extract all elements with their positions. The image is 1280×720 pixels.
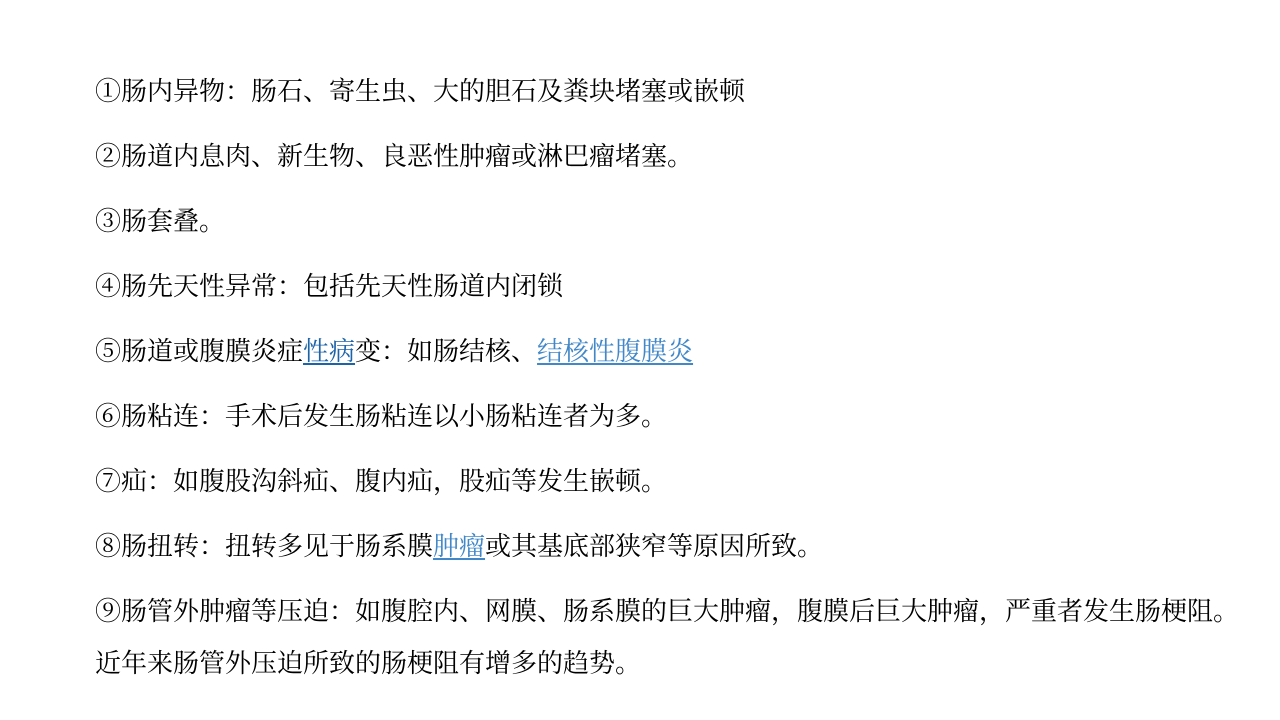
paragraph: ④肠先天性异常：包括先天性肠道内闭锁: [95, 261, 1255, 313]
document-page: ①肠内异物：肠石、寄生虫、大的胆石及粪块堵塞或嵌顿②肠道内息肉、新生物、良恶性肿…: [0, 0, 1280, 720]
text-line: ②肠道内息肉、新生物、良恶性肿瘤或淋巴瘤堵塞。: [95, 131, 1255, 183]
text-line: ⑧肠扭转：扭转多见于肠系膜肿瘤或其基底部狭窄等原因所致。: [95, 521, 1255, 573]
text-line: ⑤肠道或腹膜炎症性病变：如肠结核、结核性腹膜炎: [95, 326, 1255, 378]
text-line: ③肠套叠。: [95, 196, 1255, 248]
text-line: ①肠内异物：肠石、寄生虫、大的胆石及粪块堵塞或嵌顿: [95, 66, 1255, 118]
link-jiehexing-fumoyan[interactable]: 结核性腹膜炎: [537, 337, 693, 366]
text-run: 变：如肠结核、: [355, 337, 537, 366]
text-line: ⑨肠管外肿瘤等压迫：如腹腔内、网膜、肠系膜的巨大肿瘤，腹膜后巨大肿瘤，严重者发生…: [95, 586, 1255, 638]
text-run: 近年来肠管外压迫所致的肠梗阻有增多的趋势。: [95, 649, 641, 678]
text-run: ③肠套叠。: [95, 207, 225, 236]
text-line: ⑦疝：如腹股沟斜疝、腹内疝，股疝等发生嵌顿。: [95, 456, 1255, 508]
link-xingbing[interactable]: 性病: [303, 337, 355, 366]
text-run: ②肠道内息肉、新生物、良恶性肿瘤或淋巴瘤堵塞。: [95, 142, 693, 171]
text-run: ④肠先天性异常：包括先天性肠道内闭锁: [95, 272, 563, 301]
text-line: ④肠先天性异常：包括先天性肠道内闭锁: [95, 261, 1255, 313]
article-content: ①肠内异物：肠石、寄生虫、大的胆石及粪块堵塞或嵌顿②肠道内息肉、新生物、良恶性肿…: [0, 0, 1280, 690]
paragraph: ⑨肠管外肿瘤等压迫：如腹腔内、网膜、肠系膜的巨大肿瘤，腹膜后巨大肿瘤，严重者发生…: [95, 586, 1255, 690]
text-run: ⑧肠扭转：扭转多见于肠系膜: [95, 532, 433, 561]
text-run: ⑨肠管外肿瘤等压迫：如腹腔内、网膜、肠系膜的巨大肿瘤，腹膜后巨大肿瘤，严重者发生…: [95, 597, 1239, 626]
text-line: 近年来肠管外压迫所致的肠梗阻有增多的趋势。: [95, 638, 1255, 690]
text-run: 或其基底部狭窄等原因所致。: [485, 532, 823, 561]
paragraph: ⑧肠扭转：扭转多见于肠系膜肿瘤或其基底部狭窄等原因所致。: [95, 521, 1255, 573]
paragraph: ⑥肠粘连：手术后发生肠粘连以小肠粘连者为多。: [95, 391, 1255, 443]
paragraph: ⑦疝：如腹股沟斜疝、腹内疝，股疝等发生嵌顿。: [95, 456, 1255, 508]
text-run: ⑤肠道或腹膜炎症: [95, 337, 303, 366]
paragraph: ③肠套叠。: [95, 196, 1255, 248]
text-line: ⑥肠粘连：手术后发生肠粘连以小肠粘连者为多。: [95, 391, 1255, 443]
paragraph: ①肠内异物：肠石、寄生虫、大的胆石及粪块堵塞或嵌顿: [95, 66, 1255, 118]
paragraph: ②肠道内息肉、新生物、良恶性肿瘤或淋巴瘤堵塞。: [95, 131, 1255, 183]
paragraph: ⑤肠道或腹膜炎症性病变：如肠结核、结核性腹膜炎: [95, 326, 1255, 378]
text-run: ①肠内异物：肠石、寄生虫、大的胆石及粪块堵塞或嵌顿: [95, 77, 745, 106]
text-run: ⑥肠粘连：手术后发生肠粘连以小肠粘连者为多。: [95, 402, 667, 431]
text-run: ⑦疝：如腹股沟斜疝、腹内疝，股疝等发生嵌顿。: [95, 467, 667, 496]
link-zhongliu[interactable]: 肿瘤: [433, 532, 485, 561]
